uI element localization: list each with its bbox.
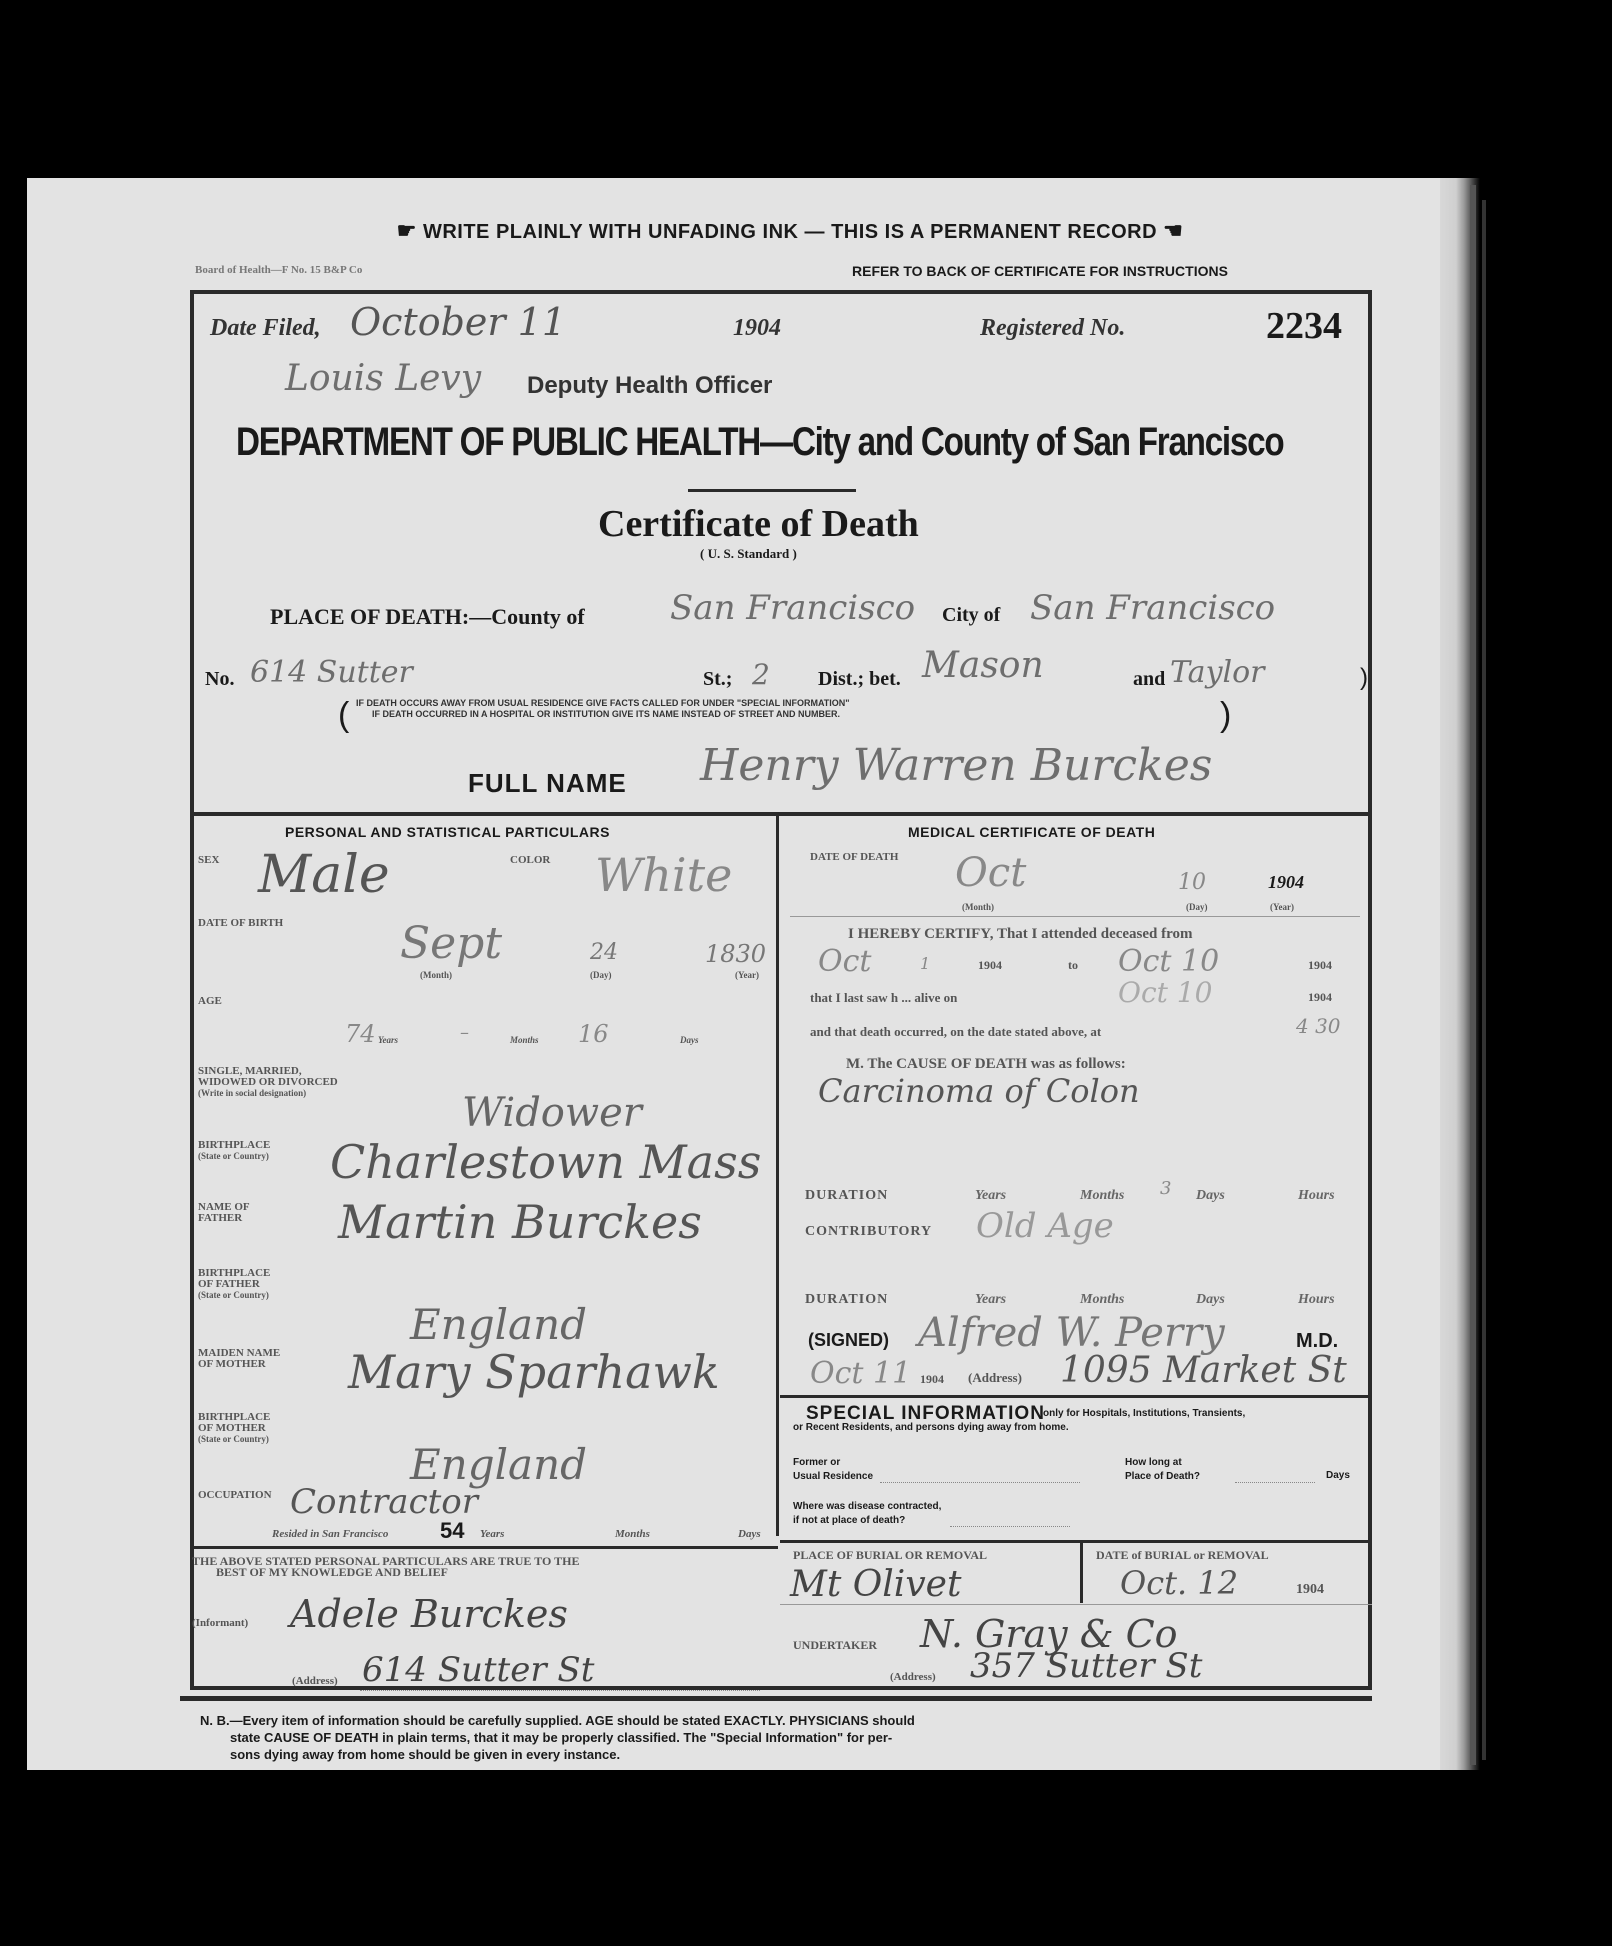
resided-years: 54 [440, 1518, 464, 1544]
burial-place-label: PLACE OF BURIAL OR REMOVAL [793, 1550, 987, 1561]
place-note-line-2: IF DEATH OCCURRED IN A HOSPITAL OR INSTI… [356, 709, 850, 720]
signed-date: Oct 11 [810, 1356, 911, 1391]
informant-divider [190, 1546, 778, 1549]
resided-days-caption: Days [738, 1528, 761, 1540]
how-long-line-1: How long at [1125, 1456, 1200, 1470]
page-edge [1482, 200, 1486, 1760]
marital-label-line-2: WIDOWED OR DIVORCED [198, 1077, 338, 1088]
cause-value: Carcinoma of Colon [818, 1072, 1140, 1110]
signed-year: 1904 [920, 1372, 944, 1387]
age-days: 16 [578, 1020, 609, 1048]
attended-from-year: 1904 [978, 958, 1002, 973]
how-long-label: How long at Place of Death? [1125, 1456, 1200, 1484]
death-time: 4 30 [1296, 1014, 1341, 1038]
duration2-years-caption: Years [975, 1292, 1006, 1308]
place-note-line-1: IF DEATH OCCURS AWAY FROM USUAL RESIDENC… [356, 698, 850, 709]
dob-day-caption: (Day) [590, 970, 612, 981]
contracted-line-1: Where was disease contracted, [793, 1500, 941, 1514]
dod-day-caption: (Day) [1186, 902, 1208, 913]
banner: ☛ WRITE PLAINLY WITH UNFADING INK — THIS… [250, 218, 1330, 244]
last-saw-text: that I last saw h ... alive on [810, 990, 957, 1006]
duration2-days-caption: Days [1196, 1292, 1225, 1308]
dob-month-caption: (Month) [420, 970, 452, 981]
occupation-label: OCCUPATION [198, 1490, 272, 1501]
contributory-value: Old Age [976, 1206, 1114, 1246]
duration-hours-caption: Hours [1298, 1188, 1335, 1204]
age-years: 74 [345, 1020, 376, 1048]
dob-year: 1830 [705, 940, 766, 968]
birthplace-label-line-2: (State or Country) [198, 1151, 270, 1162]
special-divider [780, 1395, 1372, 1398]
registered-number: 2234 [1266, 304, 1342, 348]
between-street-2: Taylor [1170, 655, 1265, 690]
section-divider [190, 812, 1372, 816]
column-divider [776, 816, 779, 1536]
sex-value: Male [258, 845, 390, 905]
undertaker-address: 357 Sutter St [970, 1646, 1202, 1686]
title-divider [688, 489, 856, 492]
attended-from-day: 1 [920, 954, 930, 973]
personal-heading: PERSONAL AND STATISTICAL PARTICULARS [285, 824, 610, 840]
age-label: AGE [198, 996, 222, 1007]
to-label: to [1068, 958, 1078, 973]
open-brace: ( [338, 696, 349, 735]
cause-text: M. The CAUSE OF DEATH was as follows: [846, 1056, 1126, 1073]
burial-place-value: Mt Olivet [790, 1564, 961, 1605]
duration2-hours-caption: Hours [1298, 1292, 1335, 1308]
certificate-title: Certificate of Death [598, 502, 919, 546]
informant-address-line [360, 1690, 760, 1691]
mother-bp-line-3: (State or Country) [198, 1434, 270, 1445]
contributory-label: CONTRIBUTORY [805, 1224, 932, 1240]
physician-address-label: (Address) [968, 1370, 1022, 1386]
undertaker-label: UNDERTAKER [793, 1640, 877, 1651]
duration-months-caption: Months [1080, 1188, 1124, 1204]
dob-year-caption: (Year) [735, 970, 759, 981]
full-name-value: Henry Warren Burckes [700, 740, 1212, 791]
special-note: only for Hospitals, Institutions, Transi… [1043, 1408, 1245, 1419]
father-birthplace-value: England [410, 1300, 587, 1349]
mother-bp-line-2: OF MOTHER [198, 1423, 270, 1434]
birthplace-label-line-1: BIRTHPLACE [198, 1140, 270, 1151]
informant-address: 614 Sutter St [362, 1650, 594, 1690]
birthplace-value: Charlestown Mass [330, 1135, 761, 1189]
duration2-months-caption: Months [1080, 1292, 1124, 1308]
days-label: Days [1326, 1470, 1350, 1481]
color-label: COLOR [510, 855, 550, 866]
dod-year: 1904 [1268, 872, 1304, 893]
county-value: San Francisco [670, 588, 915, 628]
informant-label: (Informant) [192, 1618, 248, 1629]
city-label: City of [942, 604, 1000, 627]
full-name-label: FULL NAME [468, 768, 627, 799]
physician-address: 1095 Market St [1060, 1350, 1347, 1391]
mother-name-value: Mary Sparhawk [348, 1345, 720, 1399]
registered-label: Registered No. [980, 315, 1125, 342]
contracted-line-2: if not at place of death? [793, 1514, 941, 1528]
contracted-field [950, 1526, 1070, 1527]
date-filed-value: October 11 [350, 300, 566, 344]
former-label-line-1: Former or [793, 1456, 873, 1470]
undertaker-address-label: (Address) [890, 1672, 936, 1683]
place-note: IF DEATH OCCURS AWAY FROM USUAL RESIDENC… [356, 698, 850, 720]
burial-divider [780, 1540, 1372, 1543]
former-residence-label: Former or Usual Residence [793, 1456, 873, 1484]
age-days-caption: Days [680, 1035, 699, 1046]
burial-underline [780, 1604, 1372, 1605]
street-no-label: No. [205, 668, 234, 691]
father-label-line-2: FATHER [198, 1213, 250, 1224]
how-long-line-2: Place of Death? [1125, 1470, 1200, 1484]
mother-birthplace-label: BIRTHPLACE OF MOTHER (State or Country) [198, 1412, 270, 1445]
attended-to-year: 1904 [1308, 958, 1332, 973]
dod-month: Oct [955, 850, 1026, 896]
duration-label: DURATION [805, 1188, 888, 1204]
former-label-line-2: Usual Residence [793, 1470, 873, 1484]
footnote-line-1: N. B.—Every item of information should b… [200, 1712, 915, 1729]
informant-name: Adele Burckes [290, 1592, 568, 1636]
marital-label-line-3: (Write in social designation) [198, 1088, 338, 1099]
certificate-subtitle: ( U. S. Standard ) [700, 546, 797, 562]
mother-name-label: MAIDEN NAME OF MOTHER [198, 1348, 280, 1370]
dod-day: 10 [1178, 870, 1206, 895]
special-note-2: or Recent Residents, and persons dying a… [793, 1422, 1069, 1433]
department-title: DEPARTMENT OF PUBLIC HEALTH—City and Cou… [236, 420, 1283, 465]
burial-year-value: 1904 [1296, 1582, 1324, 1598]
certify-text: I HEREBY CERTIFY, That I attended deceas… [848, 926, 1193, 943]
burial-column-divider [1080, 1543, 1083, 1603]
burial-date-label: DATE of BURIAL or REMOVAL [1096, 1550, 1269, 1561]
between-street-1: Mason [922, 645, 1044, 686]
marital-value: Widower [462, 1090, 642, 1136]
pointing-hand-icon: ☚ [1163, 218, 1183, 243]
district-label: Dist.; bet. [818, 668, 901, 691]
and-label: and [1133, 668, 1165, 691]
marital-label: SINGLE, MARRIED, WIDOWED OR DIVORCED (Wr… [198, 1066, 338, 1099]
birthplace-label: BIRTHPLACE (State or Country) [198, 1140, 270, 1162]
last-saw-year: 1904 [1308, 990, 1332, 1005]
sex-label: SEX [198, 855, 219, 866]
occupation-value: Contractor [290, 1482, 478, 1522]
pointing-hand-icon: ☛ [397, 218, 417, 243]
mother-label-line-2: OF MOTHER [198, 1359, 280, 1370]
footnote: N. B.—Every item of information should b… [200, 1712, 915, 1763]
duration-days-caption: Days [1196, 1188, 1225, 1204]
place-of-death-label: PLACE OF DEATH:—County of [270, 604, 585, 630]
duration-months-value: 3 [1160, 1178, 1171, 1199]
informant-statement-line-2: BEST OF MY KNOWLEDGE AND BELIEF [192, 1567, 579, 1578]
father-name-value: Martin Burckes [338, 1195, 702, 1249]
dod-year-caption: (Year) [1270, 902, 1294, 913]
dod-divider [790, 916, 1360, 917]
burial-date-value: Oct. 12 [1120, 1564, 1238, 1602]
instructions-note: REFER TO BACK OF CERTIFICATE FOR INSTRUC… [852, 263, 1228, 279]
dod-month-caption: (Month) [962, 902, 994, 913]
dob-month: Sept [400, 918, 502, 969]
signed-label: (SIGNED) [808, 1330, 889, 1351]
attended-from-month: Oct [818, 944, 871, 979]
occurred-text: and that death occurred, on the date sta… [810, 1024, 1101, 1040]
officer-title: Deputy Health Officer [527, 372, 772, 400]
informant-address-label: (Address) [292, 1676, 338, 1687]
resided-label: Resided in San Francisco [272, 1528, 388, 1540]
close-brace: ) [1220, 696, 1231, 735]
officer-signature: Louis Levy [285, 358, 481, 399]
date-filed-label: Date Filed, [210, 315, 321, 342]
informant-statement: THE ABOVE STATED PERSONAL PARTICULARS AR… [192, 1556, 579, 1578]
filed-year: 1904 [733, 315, 781, 342]
father-name-label: NAME OF FATHER [198, 1202, 250, 1224]
ward-value: 2 [752, 658, 770, 691]
color-value: White [595, 848, 732, 902]
last-saw-date: Oct 10 [1118, 976, 1212, 1009]
former-residence-field [880, 1482, 1080, 1483]
street-value: 614 Sutter [250, 655, 413, 690]
contracted-label: Where was disease contracted, if not at … [793, 1500, 941, 1528]
age-months-caption: Months [510, 1035, 539, 1046]
age-years-caption: Years [378, 1035, 398, 1046]
dob-day: 24 [590, 940, 618, 965]
resided-years-caption: Years [480, 1528, 504, 1540]
attended-to: Oct 10 [1118, 944, 1219, 979]
father-bp-line-3: (State or Country) [198, 1290, 270, 1301]
close-paren: ) [1360, 664, 1368, 692]
dob-label: DATE OF BIRTH [198, 918, 283, 929]
how-long-field [1235, 1482, 1315, 1483]
printer-note: Board of Health—F No. 15 B&P Co [195, 264, 362, 276]
banner-text: WRITE PLAINLY WITH UNFADING INK — THIS I… [423, 221, 1157, 243]
page-edge [1470, 185, 1476, 1765]
medical-heading: MEDICAL CERTIFICATE OF DEATH [908, 824, 1155, 840]
duration-years-caption: Years [975, 1188, 1006, 1204]
form-bottom-border [180, 1696, 1372, 1701]
resided-months-caption: Months [615, 1528, 650, 1540]
footnote-line-3: sons dying away from home should be give… [200, 1746, 915, 1763]
dod-label: DATE OF DEATH [810, 852, 898, 863]
footnote-line-2: state CAUSE OF DEATH in plain terms, tha… [200, 1729, 915, 1746]
ward-label: St.; [703, 668, 732, 691]
city-value: San Francisco [1030, 588, 1275, 628]
father-bp-line-2: OF FATHER [198, 1279, 270, 1290]
duration2-label: DURATION [805, 1292, 888, 1308]
father-birthplace-label: BIRTHPLACE OF FATHER (State or Country) [198, 1268, 270, 1301]
age-months: – [460, 1022, 469, 1043]
